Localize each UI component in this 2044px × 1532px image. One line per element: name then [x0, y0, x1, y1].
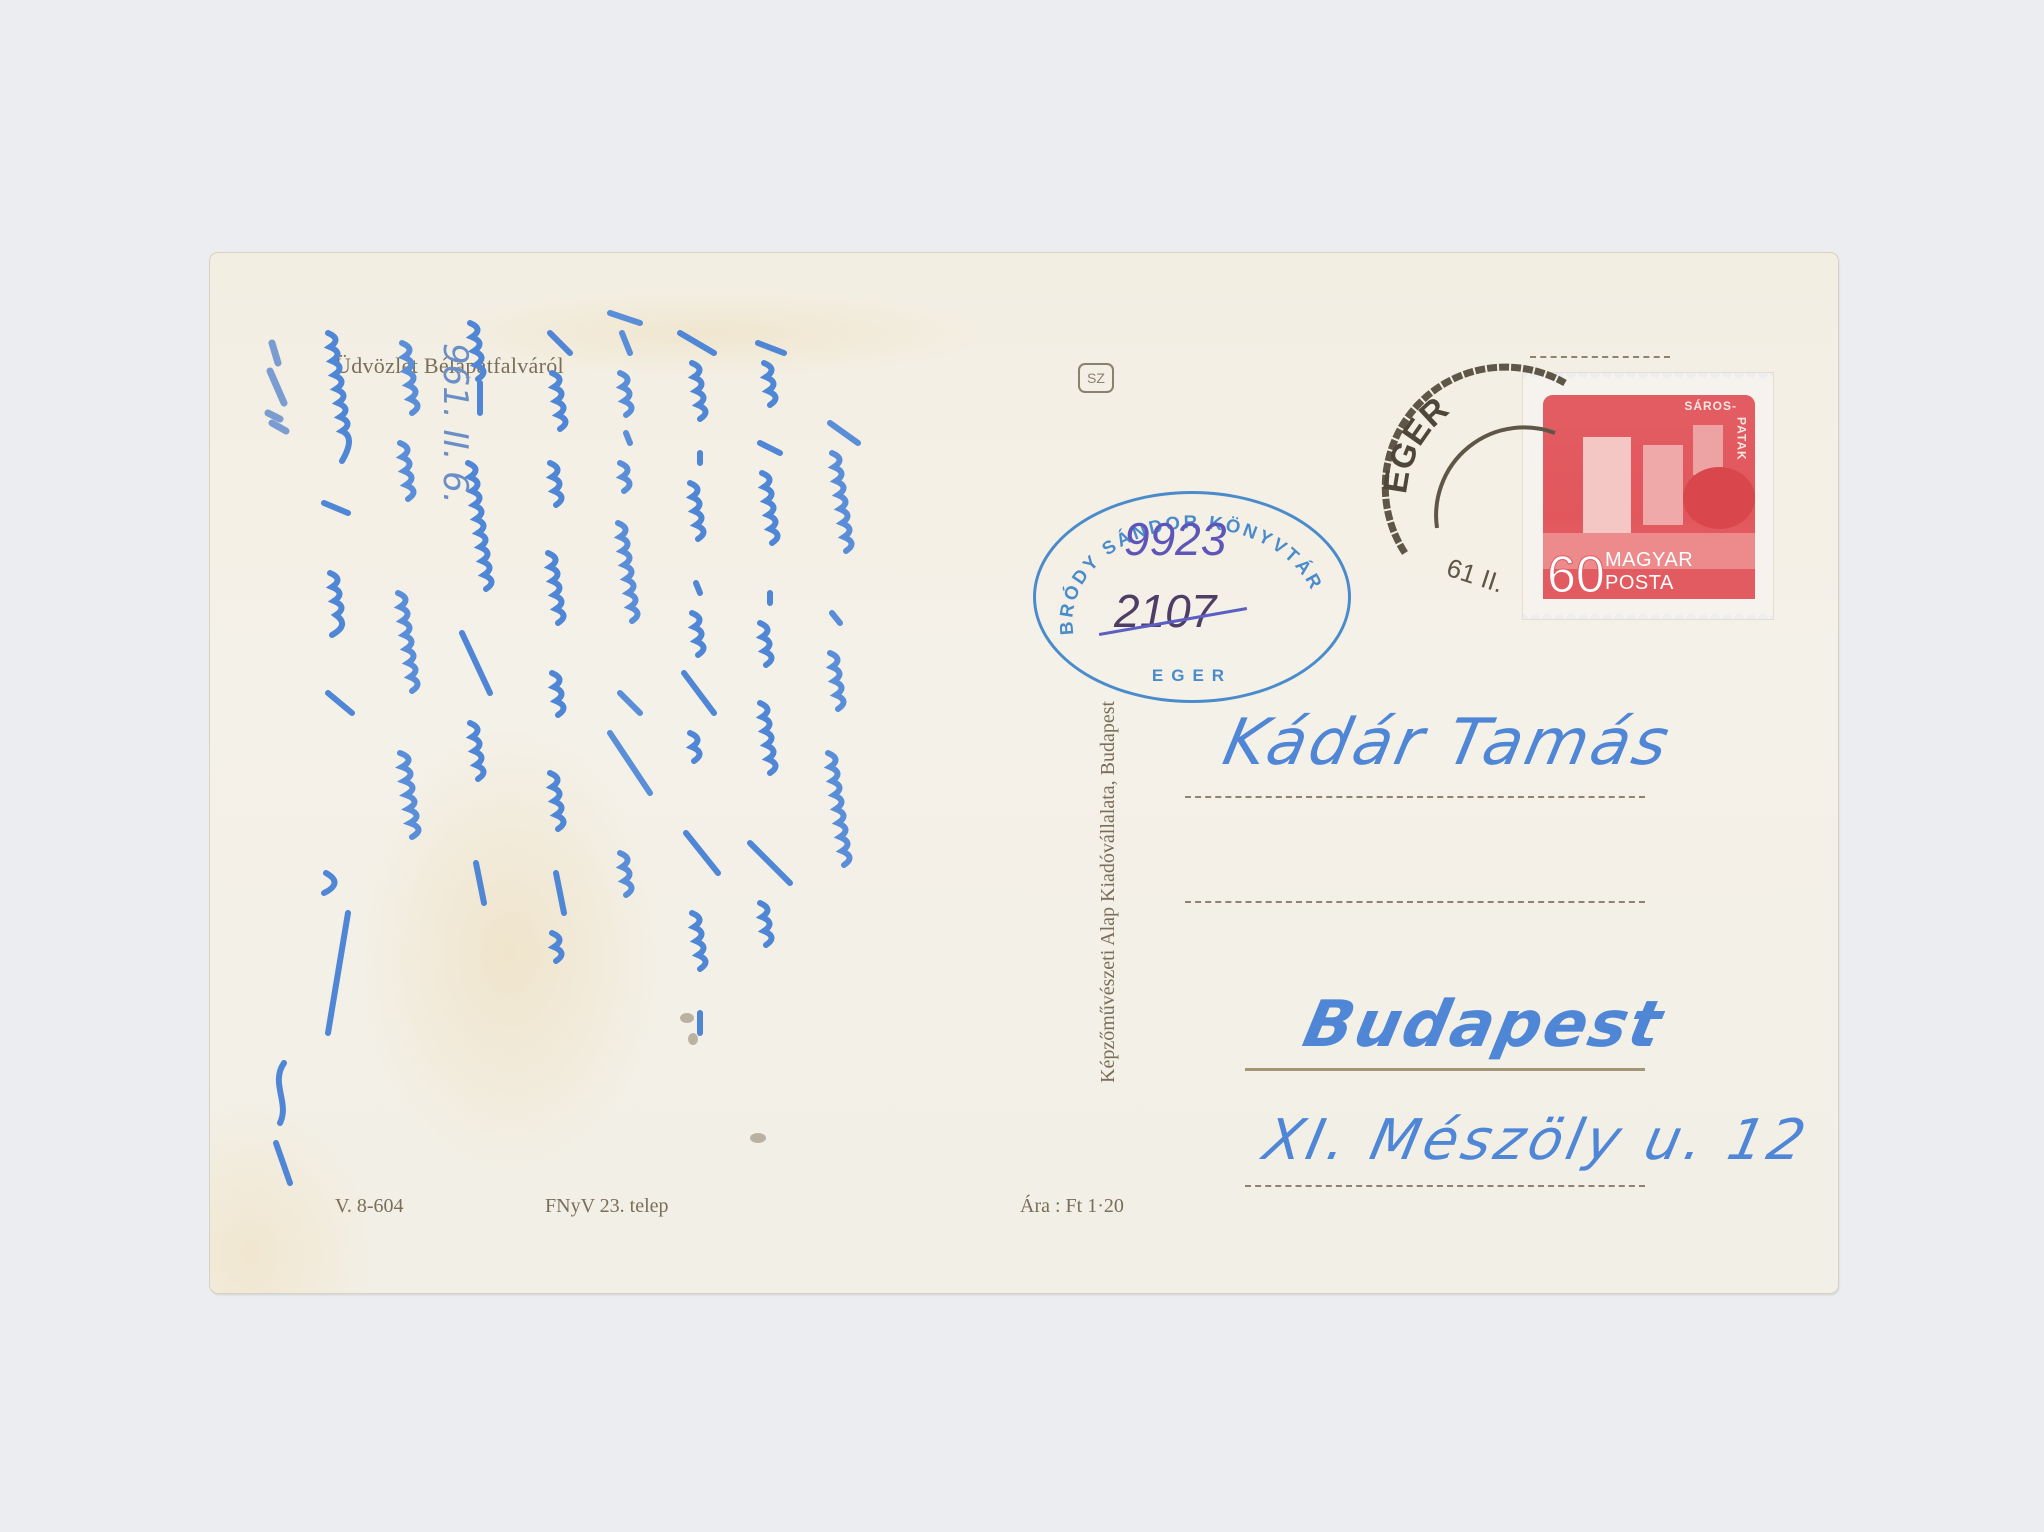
stamp-value: 60 [1547, 549, 1605, 599]
publisher-logo-icon: SZ [1078, 363, 1114, 393]
library-city: EGER [1036, 666, 1348, 686]
stamp-country: MAGYAR POSTA [1605, 549, 1755, 595]
message-line [380, 333, 440, 1213]
message-line [250, 323, 310, 1203]
stamp-place-name-2: PATAK [1735, 417, 1749, 461]
postcard: Üdvözlet Bélapátfalváról SZ Képzőművésze… [210, 253, 1838, 1293]
address-line-2 [1185, 901, 1645, 903]
message-line [670, 313, 730, 1193]
message-line [308, 313, 368, 1193]
address-line-3 [1245, 1068, 1645, 1071]
castle-icon [1583, 437, 1631, 537]
recipient-street: XI. Mészöly u. 12 [1258, 1108, 1815, 1173]
library-stamp: BRÓDY SÁNDOR KÖNYVTÁR 9923 2107 EGER [1033, 491, 1351, 703]
tree-icon [1683, 467, 1755, 529]
ink-smudge [750, 1133, 766, 1143]
stamp-image: SÁROS- PATAK 60 MAGYAR POSTA [1543, 395, 1755, 599]
ink-smudge [688, 1033, 698, 1045]
message-line [740, 323, 800, 1203]
handwritten-date: 961. II. 6. [435, 343, 475, 504]
postage-stamp: SÁROS- PATAK 60 MAGYAR POSTA [1523, 373, 1773, 619]
recipient-city: Budapest [1297, 988, 1670, 1062]
price-label: Ára : Ft 1·20 [1020, 1195, 1124, 1218]
address-line-4 [1245, 1185, 1645, 1187]
publisher-imprint: Képzőművészeti Alap Kiadóvállalata, Buda… [1097, 701, 1120, 1083]
message-line [600, 293, 660, 1173]
accession-number: 9923 [1124, 512, 1226, 566]
stamp-place-name: SÁROS- [1684, 399, 1737, 413]
ink-smudge [680, 1013, 694, 1023]
message-line [530, 313, 590, 1193]
postmark-date: 61 II. [1443, 552, 1507, 598]
recipient-name: Kádár Tamás [1217, 706, 1678, 780]
message-line [810, 413, 870, 1293]
svg-text:EGER: EGER [1376, 390, 1456, 496]
address-line-1 [1185, 796, 1645, 798]
postmark-town: EGER [1376, 390, 1456, 496]
stamp-box-line [1530, 356, 1670, 358]
printer-imprint: FNyV 23. telep [545, 1195, 669, 1218]
